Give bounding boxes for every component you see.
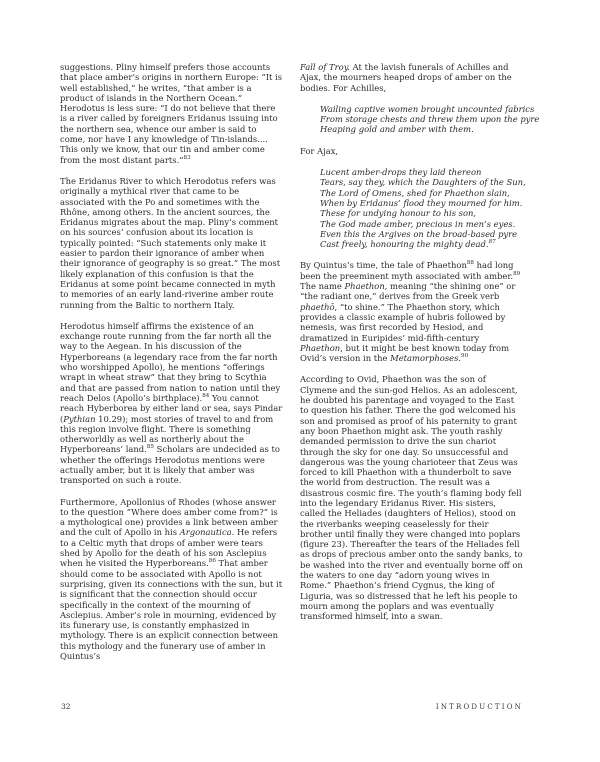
verse-line: Tears, say they, which the Daughters of … (320, 177, 523, 187)
paragraph: Furthermore, Apollonius of Rhodes (whose… (60, 497, 283, 662)
text-segment: Herodotus himself affirms the existence … (60, 321, 280, 403)
text-segment: According to Ovid, Phaethon was the son … (300, 374, 523, 621)
paragraph: According to Ovid, Phaethon was the son … (300, 374, 523, 621)
running-head-section: INTRODUCTION (436, 703, 523, 711)
verse-quotation: Wailing captive women brought uncounted … (320, 104, 523, 135)
paragraph: Herodotus himself affirms the existence … (60, 321, 283, 486)
text-segment: The God made amber, precious in men’s ey… (320, 219, 515, 229)
text-segment: phaethō (300, 302, 335, 312)
page-number: 32 (61, 702, 71, 711)
verse-line: When by Eridanus’ flood they mourned for… (320, 198, 523, 208)
text-segment: Cast freely, honouring the mighty dead. (320, 239, 489, 249)
left-column: suggestions. Pliny himself prefers those… (60, 62, 283, 672)
text-segment: The name (300, 281, 345, 291)
verse-line: These for undying honour to his son, (320, 208, 523, 218)
text-segment: When by Eridanus’ flood they mourned for… (320, 198, 522, 208)
page-footer: 32 INTRODUCTION (61, 702, 523, 711)
book-page: suggestions. Pliny himself prefers those… (0, 0, 600, 762)
verse-line: Cast freely, honouring the mighty dead.8… (320, 239, 523, 249)
text-segment: Phaethon (300, 343, 340, 353)
text-segment: By Quintus’s time, the tale of Phaethon (300, 260, 467, 270)
text-segment: Wailing captive women brought uncounted … (320, 104, 534, 114)
text-segment: Heaping gold and amber with them. (320, 124, 474, 134)
text-segment: The Eridanus River to which Herodotus re… (60, 176, 280, 310)
verse-line: Heaping gold and amber with them. (320, 124, 523, 134)
paragraph: For Ajax, (300, 146, 523, 156)
verse-line: The God made amber, precious in men’s ey… (320, 219, 523, 229)
text-segment: Metamorphoses (390, 353, 458, 363)
footnote-reference: 88 (467, 261, 474, 267)
verse-quotation: Lucent amber-drops they laid thereonTear… (320, 167, 523, 249)
right-column: Fall of Troy. At the lavish funerals of … (300, 62, 523, 672)
text-segment: The Lord of Omens, shed for Phaethon sla… (320, 188, 510, 198)
footnote-reference: 87 (489, 239, 496, 245)
footnote-reference: 89 (513, 271, 520, 277)
text-segment: For Ajax, (300, 146, 338, 156)
text-segment: From storage chests and threw them upon … (320, 114, 539, 124)
paragraph: By Quintus’s time, the tale of Phaethon8… (300, 260, 523, 363)
verse-line: Even this the Argives on the broad-based… (320, 229, 523, 239)
verse-line: From storage chests and threw them upon … (320, 114, 523, 124)
text-segment: That amber should come to be associated … (60, 558, 282, 661)
text-segment: suggestions. Pliny himself prefers those… (60, 62, 282, 165)
verse-line: Lucent amber-drops they laid thereon (320, 167, 523, 177)
text-segment: Argonautica (180, 527, 232, 537)
text-segment: Phaethon (345, 281, 385, 291)
paragraph: suggestions. Pliny himself prefers those… (60, 62, 283, 165)
paragraph: Fall of Troy. At the lavish funerals of … (300, 62, 523, 93)
text-segment: Fall of Troy. (300, 62, 350, 72)
text-segment: Lucent amber-drops they laid thereon (320, 167, 481, 177)
footnote-reference: 85 (147, 445, 154, 451)
text-segment: Even this the Argives on the broad-based… (320, 229, 517, 239)
footnote-reference: 90 (461, 353, 468, 359)
footnote-reference: 86 (209, 559, 216, 565)
text-columns: suggestions. Pliny himself prefers those… (60, 62, 523, 672)
verse-line: Wailing captive women brought uncounted … (320, 104, 523, 114)
footnote-reference: 83 (184, 155, 191, 161)
paragraph: The Eridanus River to which Herodotus re… (60, 176, 283, 310)
verse-line: The Lord of Omens, shed for Phaethon sla… (320, 188, 523, 198)
text-segment: Pythian (63, 414, 95, 424)
text-segment: Tears, say they, which the Daughters of … (320, 177, 526, 187)
text-segment: These for undying honour to his son, (320, 208, 476, 218)
